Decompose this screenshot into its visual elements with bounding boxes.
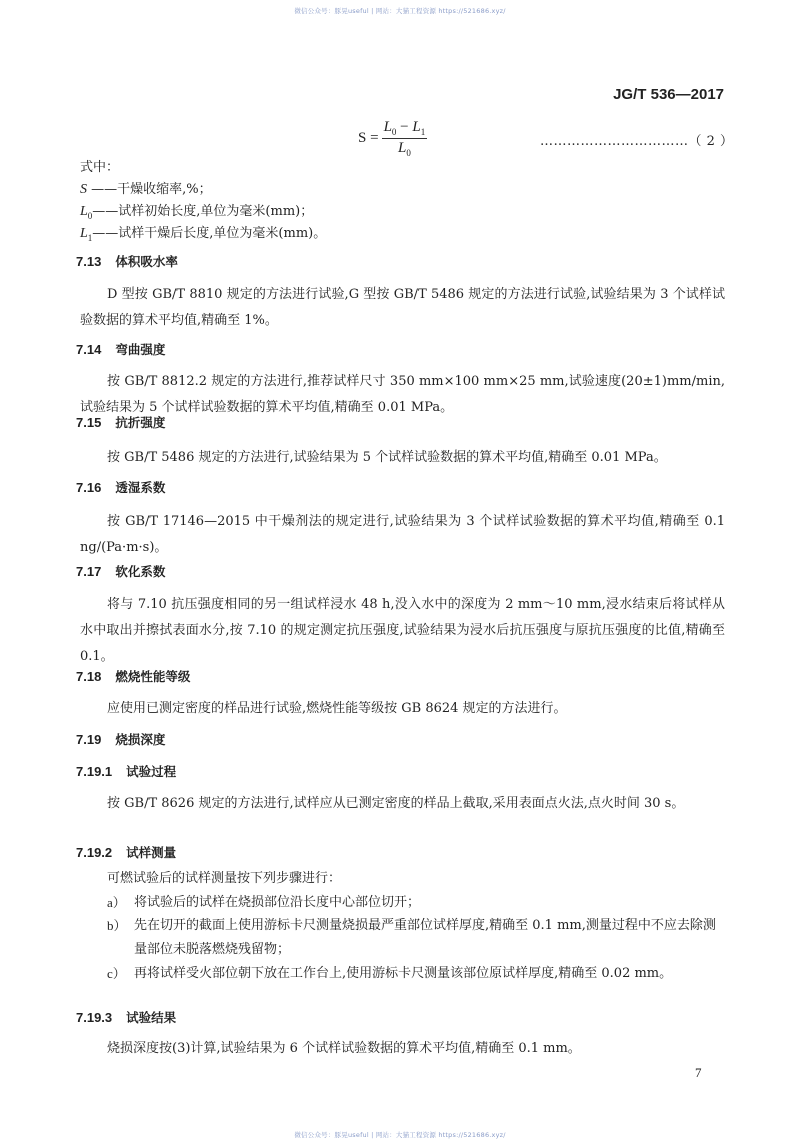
section-body-7-16: 按 GB/T 17146—2015 中干燥剂法的规定进行,试验结果为 3 个试样…	[80, 509, 725, 561]
section-heading-7-19-3: 7.19.3试验结果	[76, 1008, 176, 1028]
step-marker-c: c）	[107, 962, 126, 986]
where-var-l1: L1——试样干燥后长度,单位为毫米(mm)。	[80, 224, 326, 248]
step-marker-b: b）	[107, 914, 127, 938]
section-body-7-18: 应使用已测定密度的样品进行试验,燃烧性能等级按 GB 8624 规定的方法进行。	[80, 696, 725, 722]
section-intro-7-19-2: 可燃试验后的试样测量按下列步骤进行：	[80, 866, 725, 892]
section-body-7-14: 按 GB/T 8812.2 规定的方法进行,推荐试样尺寸 350 mm×100 …	[80, 369, 725, 421]
where-label: 式中：	[80, 158, 119, 178]
section-body-7-13: D 型按 GB/T 8810 规定的方法进行试验,G 型按 GB/T 5486 …	[80, 282, 725, 334]
section-body-7-17: 将与 7.10 抗压强度相同的另一组试样浸水 48 h,没入水中的深度为 2 m…	[80, 592, 725, 670]
section-heading-7-18: 7.18燃烧性能等级	[76, 667, 190, 687]
page-number: 7	[695, 1065, 702, 1081]
section-heading-7-17: 7.17软化系数	[76, 562, 165, 582]
section-heading-7-16: 7.16透湿系数	[76, 478, 165, 498]
formula-drying-shrinkage: S = L0 − L1 L0	[358, 119, 427, 158]
section-body-7-19-3: 烧损深度按(3)计算,试验结果为 6 个试样试验数据的算术平均值,精确至 0.1…	[80, 1036, 725, 1062]
standard-code: JG/T 536—2017	[613, 86, 724, 103]
watermark-top: 微信公众号：豚晃useful | 网站：大猫工程资源 https://52168…	[0, 6, 800, 15]
step-marker-a: a）	[107, 890, 126, 916]
where-var-s: S ——干燥收缩率,%；	[80, 180, 212, 200]
section-heading-7-14: 7.14弯曲强度	[76, 340, 165, 360]
section-body-7-15: 按 GB/T 5486 规定的方法进行,试验结果为 5 个试样试验数据的算术平均…	[80, 445, 725, 471]
section-heading-7-13: 7.13体积吸水率	[76, 252, 178, 272]
section-heading-7-19-2: 7.19.2试样测量	[76, 843, 176, 863]
section-heading-7-15: 7.15抗折强度	[76, 413, 165, 433]
section-heading-7-19: 7.19烧损深度	[76, 730, 165, 750]
formula-lhs: S =	[358, 130, 379, 147]
formula-fraction: L0 − L1 L0	[382, 119, 428, 158]
step-c: c） 再将试样受火部位朝下放在工作台上,使用游标卡尺测量该部位原试样厚度,精确至…	[107, 962, 727, 986]
step-a: a） 将试验后的试样在烧损部位沿长度中心部位切开；	[107, 890, 727, 916]
equation-number: ……………………………（ 2 ）	[540, 130, 734, 149]
formula-numerator: L0 − L1	[382, 119, 428, 139]
formula-denominator: L0	[398, 139, 411, 158]
watermark-bottom: 微信公众号：豚晃useful | 网站：大猫工程资源 https://52168…	[0, 1130, 800, 1139]
where-var-l0: L0——试样初始长度,单位为毫米(mm)；	[80, 202, 313, 226]
step-b: b） 先在切开的截面上使用游标卡尺测量烧损最严重部位试样厚度,精确至 0.1 m…	[107, 914, 727, 962]
section-heading-7-19-1: 7.19.1试验过程	[76, 762, 176, 782]
section-body-7-19-1: 按 GB/T 8626 规定的方法进行,试样应从已测定密度的样品上截取,采用表面…	[80, 791, 725, 817]
